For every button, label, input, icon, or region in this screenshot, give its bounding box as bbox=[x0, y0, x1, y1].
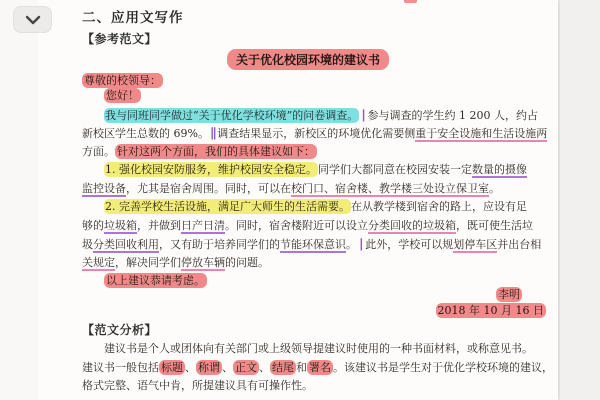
text-line: 我与同班同学做过“关于优化学校环境”的问卷调查。∣参与调查的学生约 1 200 … bbox=[82, 106, 560, 125]
underline-annotation-purple: 分类回收利用 bbox=[93, 238, 159, 253]
highlight-pink: 正文 bbox=[233, 360, 259, 375]
analysis-section: 建议书是个人或团体向有关部门或上级领导提建议时使用的一种书面材料，或称意见书。建… bbox=[82, 340, 560, 396]
reference-essay-label: 【参考范文】 bbox=[82, 30, 157, 47]
right-margin bbox=[560, 0, 600, 400]
text-segment: 方面。 bbox=[82, 145, 115, 158]
analysis-section-label: 【范文分析】 bbox=[82, 321, 157, 338]
text-line: 够的垃圾箱，并做到日产日清。同时，宿舍楼附近可以设立分类回收的垃圾箱，既可使生活… bbox=[82, 217, 560, 236]
text-segment: ，又有助于培养同学们的 bbox=[159, 238, 280, 251]
text-line: 建议书是个人或团体向有关部门或上级领导提建议时使用的一种书面材料，或称意见书。 bbox=[82, 340, 560, 359]
underline-annotation-pink: 校门口、宿舍楼、教学楼三处设立保卫室 bbox=[291, 182, 489, 197]
left-margin bbox=[0, 0, 39, 400]
highlight-pink: 2018 年 10 月 16 日 bbox=[436, 303, 546, 318]
highlight-pink: 针对这两个方面，我们的具体建议如下： bbox=[115, 144, 317, 159]
text-segment: 新校区学生总数的 69%。 bbox=[82, 127, 209, 140]
review-mark: ∣ bbox=[358, 236, 364, 251]
text-segment: ，尤其是宿舍周围。同时，可以在 bbox=[126, 182, 291, 195]
text-segment: 、 bbox=[222, 361, 233, 374]
underline-annotation-purple: 垃圾箱 bbox=[104, 219, 137, 234]
text-line: 关规定，解决同学们停放车辆的问题。 bbox=[82, 254, 560, 273]
underline-annotation-purple: 监控设备 bbox=[82, 182, 126, 197]
text-segment: 。同时，宿舍楼附近可以设立 bbox=[225, 219, 368, 232]
highlight-pink: 您好！ bbox=[104, 88, 141, 103]
underline-annotation-purple: 节能环保意识 bbox=[280, 238, 346, 253]
text-line: 1. 强化校园安防服务，维护校园安全稳定。同学们大都同意在校园安装一定数量的摄像 bbox=[82, 161, 560, 180]
text-segment: ，并做到 bbox=[137, 219, 181, 232]
letter-body: 您好！我与同班同学做过“关于优化学校环境”的问卷调查。∣参与调查的学生约 1 2… bbox=[82, 87, 560, 291]
text-segment: 此外，学校可以规 bbox=[365, 238, 453, 251]
salutation-highlight: 尊敬的校领导： bbox=[82, 73, 163, 88]
highlight-yellow: 2. 完善学校生活设施，满足广大师生的生活需要。 bbox=[104, 199, 351, 214]
text-segment: ，既可使生活垃 bbox=[456, 219, 533, 232]
text-segment: 调查结果显示，新校区的环境优化需要侧 bbox=[217, 127, 415, 140]
text-line: 圾分类回收利用，又有助于培养同学们的节能环保意识。∣此外，学校可以规划停车区并出… bbox=[82, 235, 560, 254]
highlight-yellow: 1. 强化校园安防服务，维护校园安全稳定。 bbox=[104, 162, 318, 177]
text-segment: 的问题。 bbox=[225, 256, 269, 269]
highlight-cyan: 我与同班同学做过“关于优化学校环境”的问卷调查。 bbox=[104, 108, 359, 123]
text-segment: 建议书一般包括 bbox=[82, 361, 159, 374]
review-mark: ∥ bbox=[210, 125, 216, 140]
text-line: 2. 完善学校生活设施，满足广大师生的生活需要。在从教学楼到宿舍的路上，应设有足 bbox=[82, 198, 560, 217]
highlight-pink: 李明 bbox=[496, 287, 522, 302]
text-segment: 和 bbox=[296, 361, 307, 374]
underline-annotation-pink: 停放车辆 bbox=[181, 256, 225, 271]
text-segment: 。该建议书是学生对于优化学校环境的建议， bbox=[333, 361, 553, 374]
section-title: 二、应用文写作 bbox=[82, 6, 184, 26]
collapse-button[interactable] bbox=[13, 6, 52, 33]
text-segment: 建议书是个人或团体向有关部门或上级领导提建议时使用的一种书面材料，或称意见书。 bbox=[104, 342, 533, 355]
text-segment: 圾 bbox=[82, 238, 93, 251]
text-segment: 够的 bbox=[82, 219, 104, 232]
highlight-pink: 标题 bbox=[159, 360, 185, 375]
letter-title-row: 关于优化校园环境的建议书 bbox=[82, 49, 560, 70]
chevron-down-icon bbox=[23, 14, 43, 26]
text-line: 方面。针对这两个方面，我们的具体建议如下： bbox=[82, 143, 560, 162]
letter-title-highlight: 关于优化校园环境的建议书 bbox=[227, 49, 389, 70]
text-line: 李明 bbox=[82, 287, 560, 303]
underline-annotation-pink: 重于安全设施和生活设施两 bbox=[415, 127, 547, 142]
review-mark: ∣ bbox=[360, 107, 366, 122]
salutation: 尊敬的校领导： bbox=[82, 72, 163, 88]
highlight-pink: 署名 bbox=[307, 360, 333, 375]
text-segment: 同学们大都同意在校园安装一定 bbox=[318, 163, 472, 176]
page-edge-artifact bbox=[404, 0, 417, 3]
text-line: 2018 年 10 月 16 日 bbox=[82, 303, 560, 319]
highlight-pink: 以上建议恭请考虑。 bbox=[104, 273, 207, 288]
text-segment: 格式完整、语气中肯，所提建议具有可操作性。 bbox=[82, 379, 313, 392]
underline-annotation-purple: 日产日清 bbox=[181, 219, 225, 234]
text-segment: 、 bbox=[259, 361, 270, 374]
text-segment: 。 bbox=[489, 182, 500, 195]
text-segment: 、 bbox=[185, 361, 196, 374]
signature-block: 李明2018 年 10 月 16 日 bbox=[82, 287, 560, 318]
text-line: 监控设备，尤其是宿舍周围。同时，可以在校门口、宿舍楼、教学楼三处设立保卫室。 bbox=[82, 180, 560, 199]
underline-annotation-purple: 数量的摄像 bbox=[472, 163, 527, 178]
text-segment: 。 bbox=[346, 238, 357, 251]
text-segment: 参与调查的学生约 1 200 人，约占 bbox=[368, 109, 538, 122]
text-line: 新校区学生总数的 69%。∥调查结果显示，新校区的环境优化需要侧重于安全设施和生… bbox=[82, 124, 560, 143]
text-line: 建议书一般包括标题、称谓、正文、结尾和署名。该建议书是学生对于优化学校环境的建议… bbox=[82, 359, 560, 378]
underline-annotation-pink: 分类回收的垃圾箱 bbox=[368, 219, 456, 234]
underline-annotation-pink: 关规定 bbox=[82, 256, 115, 271]
highlight-pink: 结尾 bbox=[270, 360, 296, 375]
underline-annotation-pink: 划停车区 bbox=[453, 238, 497, 253]
text-segment: 在从教学楼到宿舍的路上，应设有足 bbox=[351, 200, 527, 213]
text-line: 格式完整、语气中肯，所提建议具有可操作性。 bbox=[82, 377, 560, 396]
text-segment: ，解决同学们 bbox=[115, 256, 181, 269]
text-segment: 并出台相 bbox=[497, 238, 541, 251]
text-line: 您好！ bbox=[82, 87, 560, 106]
highlight-pink: 称谓 bbox=[196, 360, 222, 375]
